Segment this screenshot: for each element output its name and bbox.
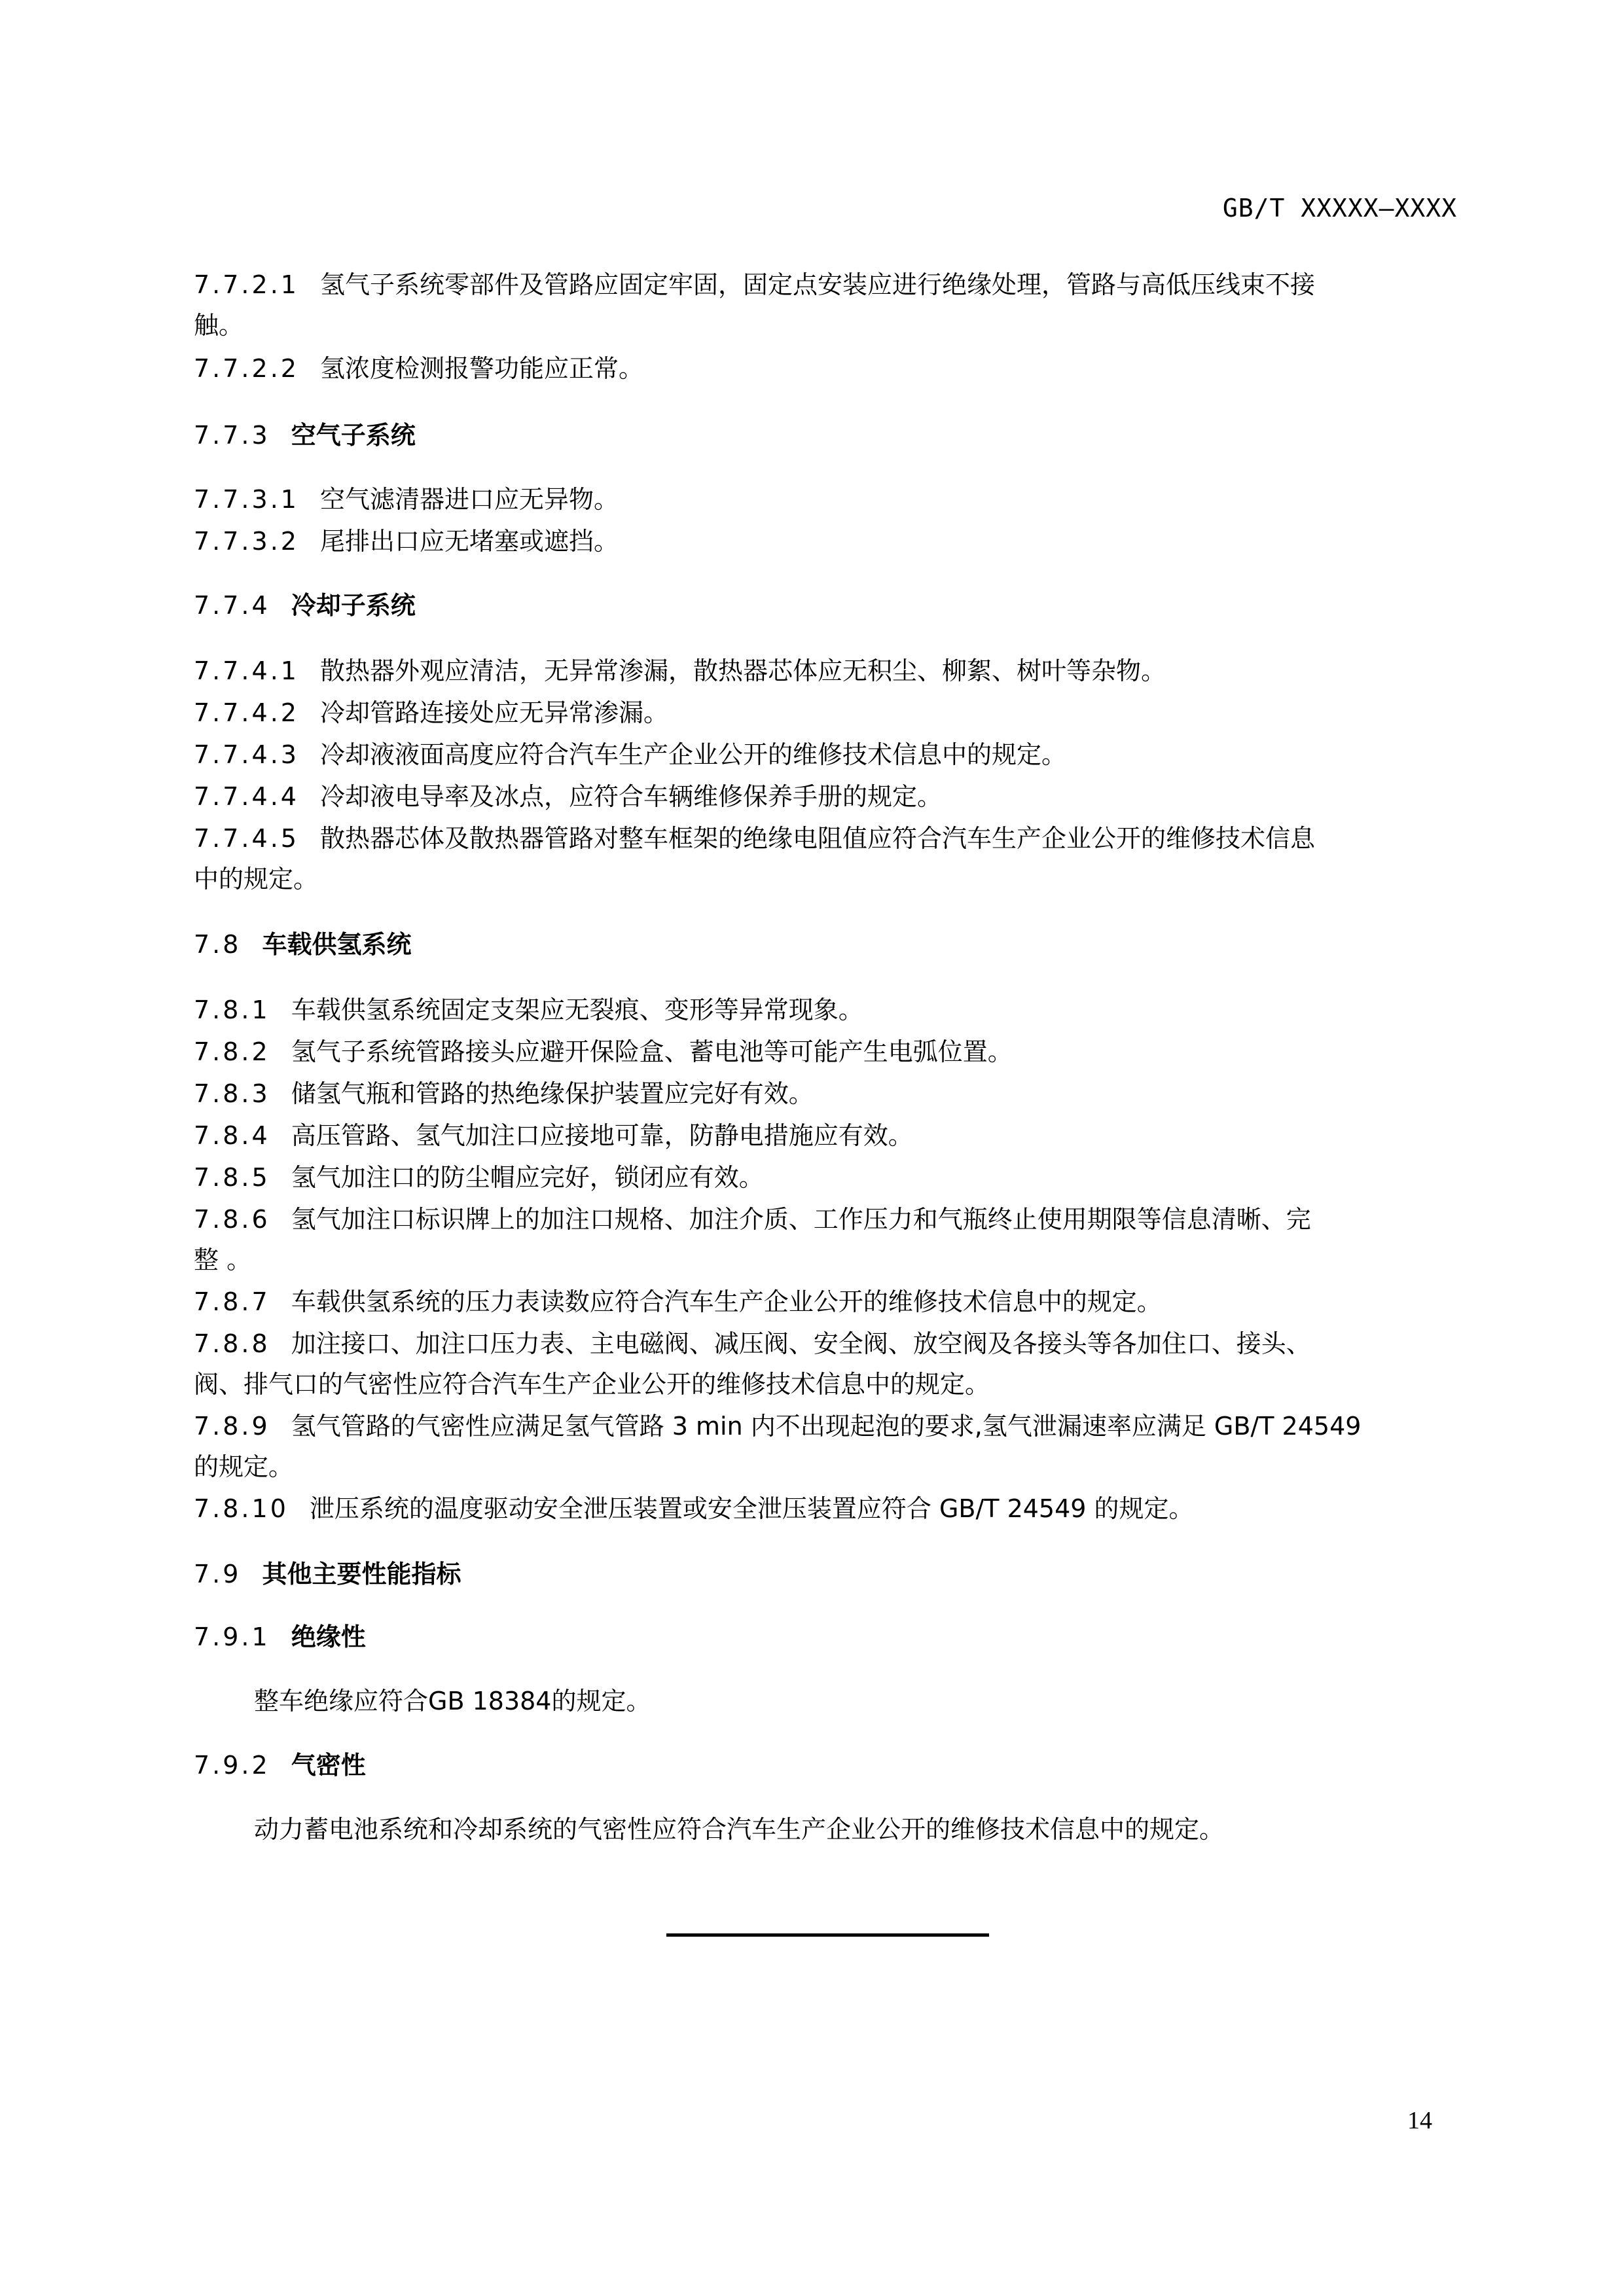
clause-7-8-4: 7.8.4高压管路、氢气加注口应接地可靠，防静电措施应有效。 [194, 1119, 913, 1152]
clause-number: 7.8.9 [194, 1410, 270, 1443]
clause-text: 冷却液电导率及冰点，应符合车辆维修保养手册的规定。 [320, 782, 942, 811]
clause-text: 散热器芯体及散热器管路对整车框架的绝缘电阻值应符合汽车生产企业公开的维修技术信息 [320, 824, 1315, 853]
heading-7-9: 7.9其他主要性能指标 [194, 1558, 461, 1590]
heading-7-9-2: 7.9.2气密性 [194, 1749, 366, 1782]
clause-7-7-4-1: 7.7.4.1散热器外观应清洁，无异常渗漏，散热器芯体应无积尘、柳絮、树叶等杂物… [194, 655, 1166, 687]
clause-continuation: 的规定。 [194, 1450, 293, 1483]
clause-7-8-8: 7.8.8加注接口、加注口压力表、主电磁阀、减压阀、安全阀、放空阀及各接头等各加… [194, 1327, 1311, 1360]
clause-text: 空气滤清器进口应无异物。 [320, 485, 619, 514]
clause-7-7-4-4: 7.7.4.4冷却液电导率及冰点，应符合车辆维修保养手册的规定。 [194, 780, 942, 813]
heading-text: 空气子系统 [291, 421, 416, 450]
clause-number: 7.7.4.2 [194, 696, 299, 729]
clause-7-7-2-2: 7.7.2.2氢浓度检测报警功能应正常。 [194, 352, 643, 385]
clause-number: 7.8.7 [194, 1285, 270, 1318]
clause-7-8-9: 7.8.9氢气管路的气密性应满足氢气管路 3 min 内不出现起泡的要求,氢气泄… [194, 1410, 1361, 1443]
clause-text: 高压管路、氢气加注口应接地可靠，防静电措施应有效。 [291, 1121, 913, 1150]
heading-7-8: 7.8车载供氢系统 [194, 928, 411, 961]
clause-continuation: 阀、排气口的气密性应符合汽车生产企业公开的维修技术信息中的规定。 [194, 1368, 990, 1401]
clause-text: 泄压系统的温度驱动安全泄压装置或安全泄压装置应符合 GB/T 24549 的规定… [310, 1494, 1194, 1523]
heading-number: 7.7.3 [194, 419, 270, 452]
clause-continuation: 中的规定。 [194, 863, 318, 895]
heading-number: 7.9.2 [194, 1749, 270, 1782]
heading-text: 车载供氢系统 [262, 930, 411, 959]
clause-text: 氢气子系统零部件及管路应固定牢固，固定点安装应进行绝缘处理，管路与高低压线束不接 [320, 270, 1315, 299]
clause-text: 车载供氢系统固定支架应无裂痕、变形等异常现象。 [291, 996, 863, 1024]
heading-text: 冷却子系统 [291, 591, 416, 620]
clause-text: 尾排出口应无堵塞或遮挡。 [320, 527, 619, 556]
heading-number: 7.9 [194, 1558, 241, 1590]
heading-7-7-3: 7.7.3空气子系统 [194, 419, 416, 452]
heading-7-9-1: 7.9.1绝缘性 [194, 1621, 366, 1653]
clause-text: 氢气子系统管路接头应避开保险盒、蓄电池等可能产生电弧位置。 [291, 1037, 1013, 1066]
clause-number: 7.7.2.1 [194, 268, 299, 301]
heading-text: 气密性 [291, 1751, 366, 1780]
clause-text: 冷却液液面高度应符合汽车生产企业公开的维修技术信息中的规定。 [320, 740, 1066, 769]
clause-7-7-4-5: 7.7.4.5散热器芯体及散热器管路对整车框架的绝缘电阻值应符合汽车生产企业公开… [194, 822, 1315, 855]
clause-text: 储氢气瓶和管路的热绝缘保护装置应完好有效。 [291, 1079, 814, 1108]
heading-7-7-4: 7.7.4冷却子系统 [194, 589, 416, 622]
clause-number: 7.8.4 [194, 1119, 270, 1152]
paragraph-airtightness: 动力蓄电池系统和冷却系统的气密性应符合汽车生产企业公开的维修技术信息中的规定。 [254, 1813, 1224, 1846]
heading-text: 其他主要性能指标 [262, 1560, 461, 1588]
clause-number: 7.8.10 [194, 1492, 289, 1525]
clause-7-8-7: 7.8.7车载供氢系统的压力表读数应符合汽车生产企业公开的维修技术信息中的规定。 [194, 1285, 1162, 1318]
clause-number: 7.8.5 [194, 1161, 270, 1194]
clause-number: 7.7.4.3 [194, 738, 299, 771]
clause-continuation: 整 。 [194, 1244, 251, 1276]
clause-text: 散热器外观应清洁，无异常渗漏，散热器芯体应无积尘、柳絮、树叶等杂物。 [320, 656, 1166, 685]
clause-7-7-3-1: 7.7.3.1空气滤清器进口应无异物。 [194, 483, 619, 516]
clause-text: 氢浓度检测报警功能应正常。 [320, 354, 643, 383]
clause-number: 7.7.4.4 [194, 780, 299, 813]
clause-number: 7.7.4.5 [194, 822, 299, 855]
end-of-document-rule [666, 1933, 989, 1937]
heading-number: 7.9.1 [194, 1621, 270, 1653]
clause-number: 7.7.4.1 [194, 655, 299, 687]
clause-7-8-6: 7.8.6氢气加注口标识牌上的加注口规格、加注介质、工作压力和气瓶终止使用期限等… [194, 1203, 1311, 1236]
clause-7-8-2: 7.8.2氢气子系统管路接头应避开保险盒、蓄电池等可能产生电弧位置。 [194, 1035, 1013, 1068]
clause-number: 7.7.3.2 [194, 525, 299, 558]
page-number: 14 [1407, 2106, 1432, 2135]
clause-number: 7.8.6 [194, 1203, 270, 1236]
paragraph-insulation: 整车绝缘应符合GB 18384的规定。 [254, 1685, 651, 1717]
clause-number: 7.8.8 [194, 1327, 270, 1360]
clause-text: 加注接口、加注口压力表、主电磁阀、减压阀、安全阀、放空阀及各接头等各加住口、接头… [291, 1329, 1311, 1358]
clause-7-7-4-2: 7.7.4.2冷却管路连接处应无异常渗漏。 [194, 696, 668, 729]
clause-7-7-4-3: 7.7.4.3冷却液液面高度应符合汽车生产企业公开的维修技术信息中的规定。 [194, 738, 1066, 771]
clause-text: 车载供氢系统的压力表读数应符合汽车生产企业公开的维修技术信息中的规定。 [291, 1287, 1162, 1316]
clause-continuation: 触。 [194, 309, 244, 342]
clause-7-7-2-1: 7.7.2.1氢气子系统零部件及管路应固定牢固，固定点安装应进行绝缘处理，管路与… [194, 268, 1315, 301]
clause-number: 7.7.2.2 [194, 352, 299, 385]
clause-7-8-5: 7.8.5氢气加注口的防尘帽应完好，锁闭应有效。 [194, 1161, 764, 1194]
clause-text: 氢气管路的气密性应满足氢气管路 3 min 内不出现起泡的要求,氢气泄漏速率应满… [291, 1412, 1362, 1441]
clause-7-8-1: 7.8.1车载供氢系统固定支架应无裂痕、变形等异常现象。 [194, 994, 863, 1026]
clause-text: 氢气加注口的防尘帽应完好，锁闭应有效。 [291, 1163, 764, 1192]
clause-number: 7.8.3 [194, 1077, 270, 1110]
heading-number: 7.8 [194, 928, 241, 961]
clause-number: 7.7.3.1 [194, 483, 299, 516]
heading-number: 7.7.4 [194, 589, 270, 622]
standard-code-header: GB/T XXXXX—XXXX [1223, 194, 1457, 223]
clause-number: 7.8.1 [194, 994, 270, 1026]
clause-number: 7.8.2 [194, 1035, 270, 1068]
clause-7-8-10: 7.8.10泄压系统的温度驱动安全泄压装置或安全泄压装置应符合 GB/T 245… [194, 1492, 1194, 1525]
clause-text: 冷却管路连接处应无异常渗漏。 [320, 698, 668, 727]
clause-text: 氢气加注口标识牌上的加注口规格、加注介质、工作压力和气瓶终止使用期限等信息清晰、… [291, 1205, 1311, 1234]
clause-7-8-3: 7.8.3储氢气瓶和管路的热绝缘保护装置应完好有效。 [194, 1077, 814, 1110]
heading-text: 绝缘性 [291, 1623, 366, 1651]
clause-7-7-3-2: 7.7.3.2尾排出口应无堵塞或遮挡。 [194, 525, 619, 558]
